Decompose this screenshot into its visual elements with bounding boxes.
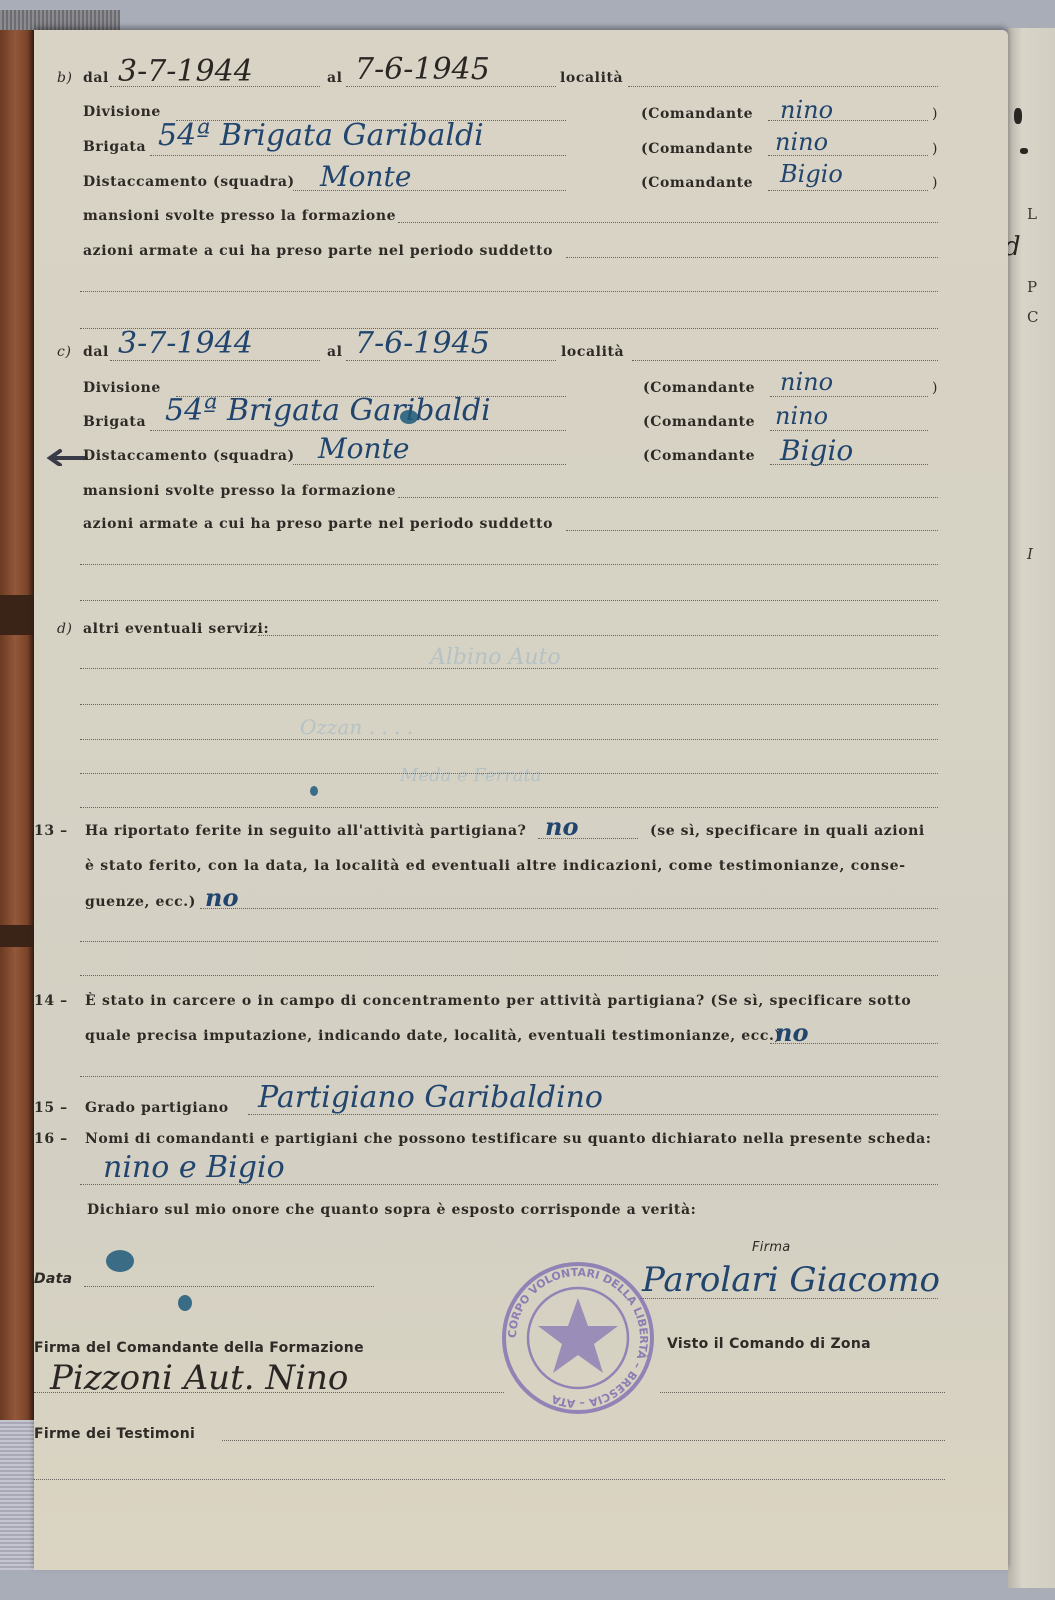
q15-value[interactable]: Partigiano Garibaldino: [258, 1080, 603, 1115]
q16-label: Nomi di comandanti e partigiani che poss…: [85, 1131, 931, 1147]
section-c-actions-field[interactable]: [566, 530, 938, 531]
punch-hole: [1014, 108, 1022, 124]
section-b-location-label: località: [560, 70, 623, 86]
q16-number: 16 –: [34, 1131, 68, 1147]
section-b-brigade-commander-value[interactable]: nino: [775, 128, 828, 156]
q13-answer2[interactable]: no: [205, 883, 238, 912]
date-label: Data: [34, 1271, 72, 1287]
q14-line1: È stato in carcere o in campo di concent…: [85, 993, 911, 1009]
section-c-location-field[interactable]: [632, 360, 938, 361]
declaration-text: Dichiaro sul mio onore che quanto sopra …: [87, 1202, 696, 1218]
q15-number: 15 –: [34, 1100, 68, 1116]
close-paren: ): [932, 141, 938, 157]
zone-command-field[interactable]: [660, 1392, 945, 1393]
section-b-brigade-commander-label: (Comandante: [641, 141, 753, 157]
q14-answer[interactable]: no: [775, 1018, 808, 1047]
q13-answer1[interactable]: no: [545, 812, 578, 841]
q13-line1: Ha riportato ferite in seguito all'attiv…: [85, 823, 526, 839]
section-b-actions-field[interactable]: [566, 257, 938, 258]
arrow-margin-mark-icon: [46, 448, 88, 466]
close-paren: ): [932, 175, 938, 191]
section-b-division-commander-value[interactable]: nino: [780, 96, 833, 124]
table-edge: [0, 30, 34, 1570]
ink-blot: [310, 786, 318, 796]
section-d-field-4[interactable]: [80, 739, 938, 740]
section-c-actions-label: azioni armate a cui ha preso parte nel p…: [83, 516, 553, 532]
section-b-duties-field[interactable]: [398, 222, 938, 223]
witnesses-label: Firme dei Testimoni: [34, 1426, 195, 1442]
close-paren: ): [932, 380, 938, 396]
ink-blot: [178, 1295, 192, 1311]
close-paren: ): [932, 106, 938, 122]
commander-signature-label: Firma del Comandante della Formazione: [34, 1340, 364, 1356]
section-b-division-label: Divisione: [83, 104, 161, 120]
section-c-division-commander-value[interactable]: nino: [780, 368, 833, 396]
adjacent-page-text: P: [1027, 278, 1037, 296]
table-edge-band: [0, 595, 34, 635]
table-edge-band: [0, 925, 34, 947]
signature-label: Firma: [752, 1240, 791, 1255]
section-c-from-label: dal: [83, 344, 109, 360]
witnesses-field-2[interactable]: [34, 1479, 945, 1480]
section-c-brigade-label: Brigata: [83, 414, 146, 430]
q13-line1-tail: (se sì, specificare in quali azioni: [650, 823, 925, 839]
date-field[interactable]: [84, 1286, 374, 1287]
section-b-label: b): [57, 70, 73, 86]
section-c-detachment-label: Distaccamento (squadra): [83, 448, 295, 464]
section-c-duties-label: mansioni svolte presso la formazione: [83, 483, 396, 499]
adjacent-page: [1008, 28, 1055, 1588]
section-c-duties-field[interactable]: [398, 497, 938, 498]
section-c-brigade-value[interactable]: 54ª Brigata Garibaldi: [165, 393, 491, 428]
section-c-division-label: Divisione: [83, 380, 161, 396]
q15-label: Grado partigiano: [85, 1100, 229, 1116]
section-d-text: altri eventuali servizi:: [83, 621, 269, 637]
section-b-location-field[interactable]: [628, 86, 938, 87]
section-b-actions-field-2[interactable]: [80, 291, 938, 292]
section-c-actions-field-2[interactable]: [80, 564, 938, 565]
section-c-division-commander-label: (Comandante: [643, 380, 755, 396]
section-d-field-2[interactable]: [80, 668, 938, 669]
binding-ribbon-bottom: [0, 1420, 34, 1570]
adjacent-page-text: I: [1027, 545, 1033, 563]
section-c-label: c): [57, 344, 72, 360]
q16-field[interactable]: [80, 1184, 938, 1185]
section-d-label: d): [57, 621, 73, 637]
q13-number: 13 –: [34, 823, 68, 839]
section-b-detachment-commander-value[interactable]: Bigio: [780, 160, 843, 188]
section-b-detachment-label: Distaccamento (squadra): [83, 174, 295, 190]
section-b-from-value[interactable]: 3-7-1944: [118, 54, 253, 89]
section-b-from-label: dal: [83, 70, 109, 86]
witnesses-field[interactable]: [222, 1440, 945, 1441]
section-c-to-label: al: [327, 344, 343, 360]
section-b-to-label: al: [327, 70, 343, 86]
q14-line2: quale precisa imputazione, indicando dat…: [85, 1028, 782, 1044]
section-b-duties-label: mansioni svolte presso la formazione: [83, 208, 396, 224]
punch-hole: [1020, 148, 1028, 154]
ink-blot: [400, 410, 418, 424]
q13-line2: è stato ferito, con la data, la località…: [85, 858, 906, 874]
zone-command-label: Visto il Comando di Zona: [667, 1336, 871, 1352]
show-through-ink: Meda e Ferrata: [400, 765, 542, 786]
show-through-ink: Albino Auto: [430, 645, 561, 670]
show-through-ink: Ozzan . . . .: [300, 715, 413, 739]
section-b-detachment-commander-label: (Comandante: [641, 175, 753, 191]
q16-value[interactable]: nino e Bigio: [103, 1150, 285, 1185]
section-b-brigade-value[interactable]: 54ª Brigata Garibaldi: [158, 118, 484, 153]
section-d-field[interactable]: [258, 635, 938, 636]
section-c-location-label: località: [561, 344, 624, 360]
section-b-detachment-value[interactable]: Monte: [320, 160, 411, 193]
adjacent-page-text: L: [1027, 205, 1037, 223]
ink-blot: [106, 1250, 134, 1272]
section-d-field-3[interactable]: [80, 704, 938, 705]
section-c-from-value[interactable]: 3-7-1944: [118, 326, 253, 361]
section-b-to-value[interactable]: 7-6-1945: [355, 52, 490, 87]
stamp-seal-icon: CORPO VOLONTARI DELLA LIBERTÀ – BRESCIA …: [498, 1258, 658, 1418]
section-b-division-commander-label: (Comandante: [641, 106, 753, 122]
q13-field-2[interactable]: [80, 941, 938, 942]
section-b-brigade-label: Brigata: [83, 139, 146, 155]
section-c-to-value[interactable]: 7-6-1945: [355, 326, 490, 361]
section-d-field-5[interactable]: [80, 773, 938, 774]
section-c-brigade-commander-value[interactable]: nino: [775, 402, 828, 430]
signature-value[interactable]: Parolari Giacomo: [642, 1260, 940, 1300]
q13-line3: guenze, ecc.): [85, 894, 196, 910]
section-b-actions-label: azioni armate a cui ha preso parte nel p…: [83, 243, 553, 259]
q14-number: 14 –: [34, 993, 68, 1009]
section-c-brigade-commander-label: (Comandante: [643, 414, 755, 430]
section-c-detachment-commander-value[interactable]: Bigio: [780, 434, 853, 467]
section-c-detachment-value[interactable]: Monte: [318, 432, 409, 465]
section-c-detachment-commander-label: (Comandante: [643, 448, 755, 464]
adjacent-page-text: C: [1027, 308, 1038, 326]
